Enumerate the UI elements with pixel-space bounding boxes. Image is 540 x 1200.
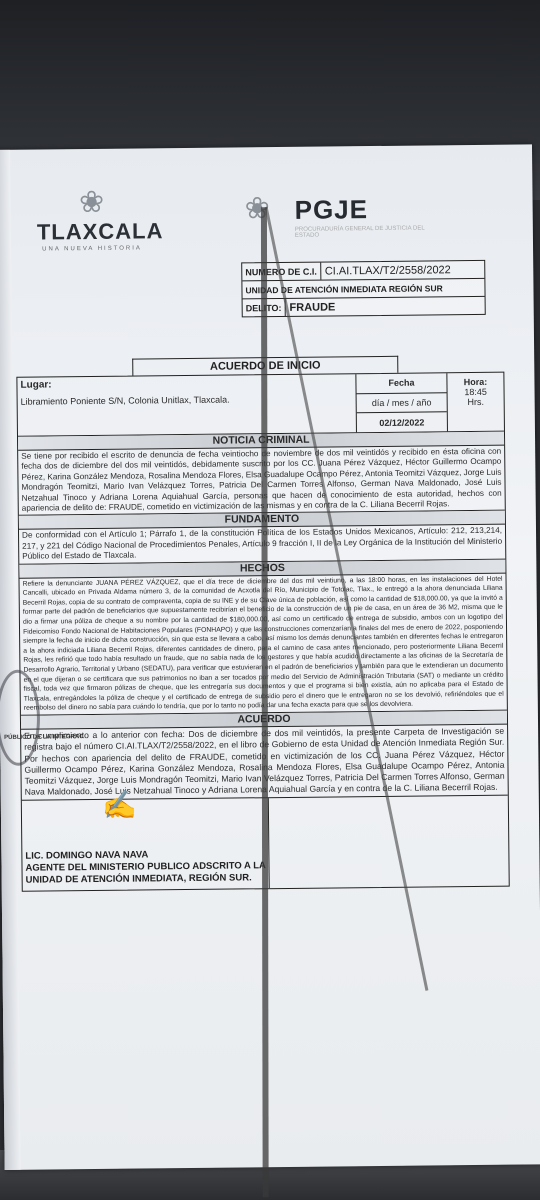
date-cell: Fecha día / mes / año 02/12/2022 [355, 373, 447, 432]
pgje-subtitle: PROCURADURÍA GENERAL DE JUSTICIA DEL EST… [295, 225, 425, 238]
tlaxcala-subtitle: UNA NUEVA HISTORIA [37, 245, 147, 252]
signature-scribble-icon: ✍ [102, 799, 137, 811]
crime-value: FRAUDE [285, 301, 339, 314]
stamp-text: PÚBLICO DE LA INTEGRAC [4, 734, 84, 742]
tlaxcala-title: TLAXCALA [37, 218, 147, 245]
signer-title: AGENTE DEL MINISTERIO PUBLICO ADSCRITO A… [25, 860, 265, 887]
time-cell: Hora: 18:45 Hrs. [446, 373, 504, 432]
signature-block: ✍ LIC. DOMINGO NAVA NAVA AGENTE DEL MINI… [22, 798, 270, 891]
pgje-title: PGJE [294, 194, 368, 226]
unit-name: UNIDAD DE ATENCIÓN INMEDIATA REGIÓN SUR [242, 283, 445, 295]
pgje-logo: ❀ PGJE PROCURADURÍA GENERAL DE JUSTICIA … [244, 183, 444, 185]
page-edge [0, 150, 21, 1170]
tlaxcala-logo: ❀ TLAXCALA UNA NUEVA HISTORIA [36, 186, 147, 252]
cancellation-line [261, 207, 269, 1197]
date-value: 02/12/2022 [357, 413, 447, 433]
case-number-value: CI.AI.TLAX/T2/2558/2022 [321, 264, 455, 277]
time-unit: Hrs. [467, 397, 484, 407]
date-label: Fecha [356, 373, 446, 394]
date-format: día / mes / año [357, 393, 447, 414]
time-label: Hora: [464, 377, 488, 387]
flower-emblem-icon: ❀ [36, 186, 146, 219]
time-value: 18:45 [464, 387, 487, 397]
document-page: ❀ TLAXCALA UNA NUEVA HISTORIA ❀ PGJE PRO… [0, 144, 540, 1170]
